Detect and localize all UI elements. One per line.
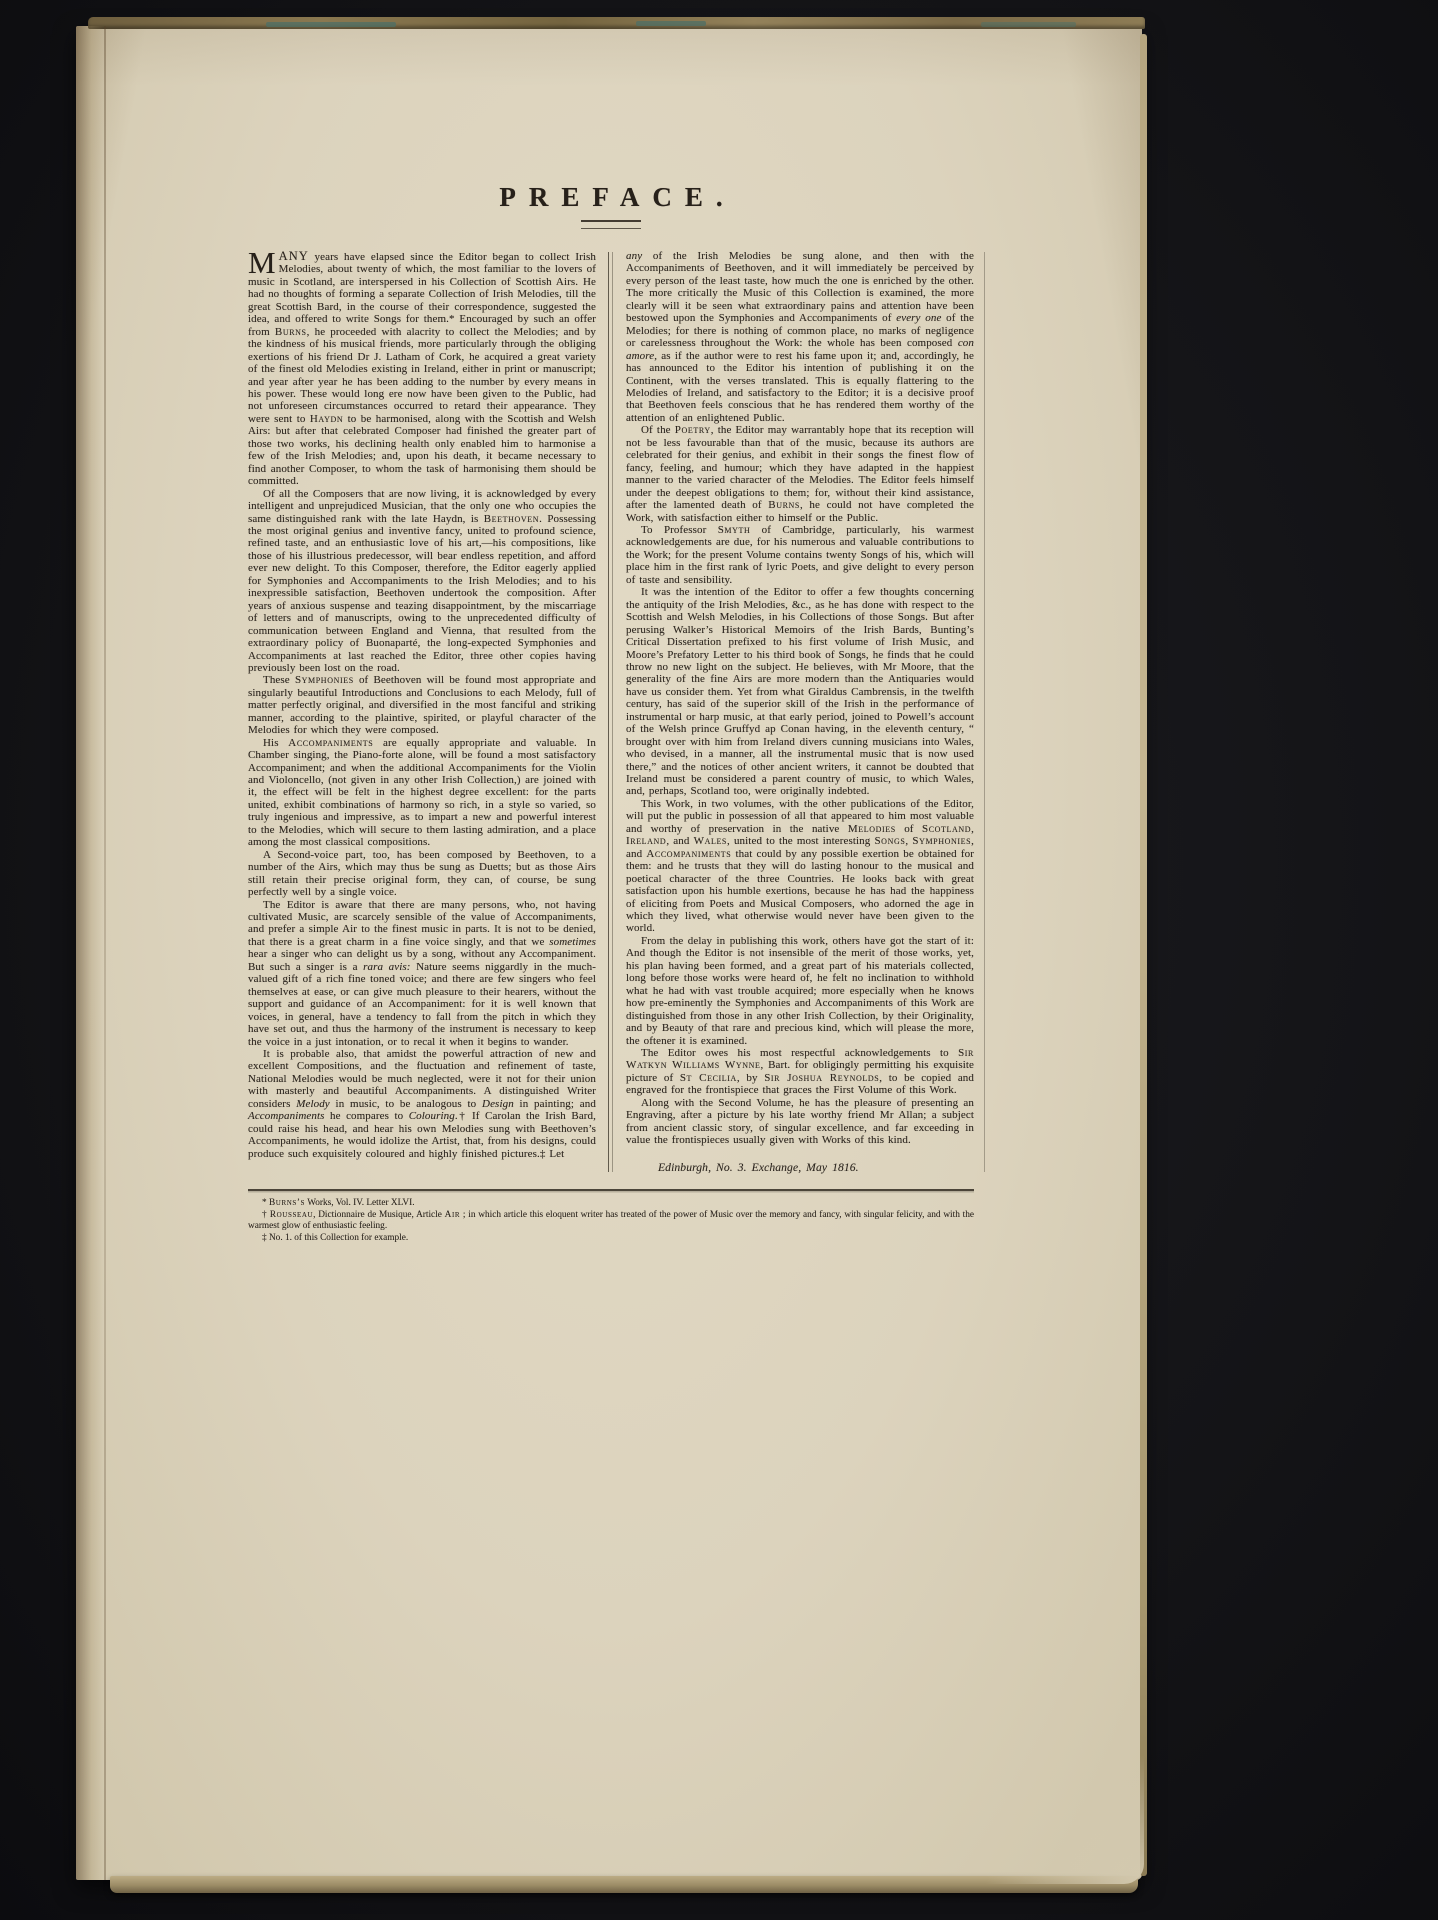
- text-segment: Burns: [768, 499, 800, 511]
- paragraph: The Editor owes his most respectful ackn…: [626, 1047, 974, 1097]
- paragraph: These Symphonies of Beethoven will be fo…: [248, 674, 596, 736]
- left-column: MANY years have elapsed since the Editor…: [248, 250, 596, 1174]
- text-segment: , the Editor may warrantably hope that i…: [626, 424, 974, 511]
- text-segment: he compares to: [325, 1110, 409, 1122]
- text-segment: in painting; and: [514, 1098, 596, 1110]
- text-segment: , and: [666, 835, 693, 847]
- text-columns: MANY years have elapsed since the Editor…: [248, 250, 974, 1174]
- drop-cap: M: [248, 250, 279, 275]
- text-segment: of: [896, 823, 922, 835]
- book-page: PREFACE. MANY years have elapsed since t…: [76, 26, 1142, 1880]
- text-segment: , united to the most interesting: [727, 835, 874, 847]
- footnote: * Burns’s Works, Vol. IV. Letter XLVI.: [248, 1198, 974, 1210]
- footnote: † Rousseau, Dictionnaire de Musique, Art…: [248, 1210, 974, 1233]
- text-segment: years have elapsed since the Editor bega…: [248, 251, 596, 338]
- text-segment: ,: [971, 823, 974, 835]
- text-segment: Melodies: [848, 823, 896, 835]
- text-segment: . Possessing the most original genius an…: [248, 513, 596, 674]
- text-segment: that could by any possible exertion be o…: [626, 848, 974, 935]
- text-segment: †: [262, 1210, 270, 1220]
- text-segment: Symphonies: [295, 674, 354, 686]
- text-segment: Accompaniments: [288, 737, 373, 749]
- marbled-edge: [981, 22, 1076, 27]
- paragraph: Along with the Second Volume, he has the…: [626, 1097, 974, 1147]
- text-segment: The Editor owes his most respectful ackn…: [641, 1047, 958, 1059]
- text-segment: Burns: [275, 326, 307, 338]
- paragraph: It is probable also, that amidst the pow…: [248, 1048, 596, 1160]
- book-spine-fold: [76, 26, 104, 1880]
- text-segment: Accompaniments: [646, 848, 731, 860]
- paragraph: Of the Poetry, the Editor may warrantabl…: [626, 424, 974, 524]
- text-segment: , by: [737, 1072, 764, 1084]
- text-segment: Symphonies: [912, 835, 971, 847]
- text-segment: Air: [445, 1210, 461, 1220]
- column-divider-rule: [608, 252, 613, 1172]
- text-segment: , Dictionnaire de Musique, Article: [313, 1210, 445, 1220]
- text-segment: Design: [482, 1098, 514, 1110]
- text-segment: *: [262, 1198, 269, 1208]
- paragraph: A Second-voice part, too, has been compo…: [248, 849, 596, 899]
- footnote: ‡ No. 1. of this Collection for example.: [248, 1233, 974, 1245]
- paragraph: To Professor Smyth of Cambridge, particu…: [626, 524, 974, 586]
- dateline: Edinburgh, No. 3. Exchange, May 1816.: [626, 1162, 974, 1174]
- text-segment: , as if the author were to rest his fame…: [626, 350, 974, 424]
- outer-margin-rule: [984, 252, 985, 1172]
- text-segment: Smyth: [718, 524, 751, 536]
- spine-crease: [104, 26, 106, 1880]
- text-segment: From the delay in publishing this work, …: [626, 935, 974, 1047]
- text-segment: every one: [896, 312, 941, 324]
- right-column: any of the Irish Melodies be sung alone,…: [626, 250, 974, 1174]
- printed-content: PREFACE. MANY years have elapsed since t…: [248, 26, 974, 1244]
- text-segment: in music, to be analogous to: [330, 1098, 482, 1110]
- paragraph: It was the intention of the Editor to of…: [626, 586, 974, 798]
- text-segment: It was the intention of the Editor to of…: [626, 586, 974, 797]
- footnotes: * Burns’s Works, Vol. IV. Letter XLVI.† …: [248, 1198, 974, 1244]
- footnote-rule: [248, 1189, 974, 1191]
- paragraph: Of all the Composers that are now living…: [248, 488, 596, 675]
- text-segment: St Cecilia: [680, 1072, 737, 1084]
- paragraph: This Work, in two volumes, with the othe…: [626, 798, 974, 935]
- text-segment: Burns’s: [269, 1198, 305, 1208]
- photograph-background: PREFACE. MANY years have elapsed since t…: [0, 0, 1438, 1920]
- text-segment: To Professor: [641, 524, 718, 536]
- paragraph: any of the Irish Melodies be sung alone,…: [626, 250, 974, 424]
- paragraph: MANY years have elapsed since the Editor…: [248, 250, 596, 488]
- text-segment: Of the: [641, 424, 675, 436]
- text-segment: His: [263, 737, 288, 749]
- text-segment: Beethoven: [484, 513, 539, 525]
- text-segment: are equally appropriate and valuable. In…: [248, 737, 596, 849]
- text-segment: sometimes: [549, 936, 596, 948]
- text-segment: Songs: [874, 835, 905, 847]
- text-segment: Poetry: [675, 424, 711, 436]
- text-segment: These: [263, 674, 295, 686]
- page-right-edge: [1140, 34, 1147, 1876]
- text-segment: Ireland: [626, 835, 666, 847]
- text-segment: Accompaniments: [248, 1110, 325, 1122]
- text-segment: Wales: [694, 835, 727, 847]
- text-segment: Along with the Second Volume, he has the…: [626, 1097, 974, 1146]
- title-rule: [581, 220, 641, 229]
- page-corner-curl: [984, 1754, 1144, 1884]
- text-segment: rara avis:: [363, 961, 410, 973]
- text-segment: The Editor is aware that there are many …: [248, 899, 596, 948]
- paragraph: His Accompaniments are equally appropria…: [248, 737, 596, 849]
- text-segment: Colouring: [409, 1110, 455, 1122]
- text-segment: Edinburgh, No. 3. Exchange, May 1816.: [658, 1161, 859, 1174]
- page-title: PREFACE.: [248, 182, 974, 213]
- text-segment: Sir Joshua Reynolds: [764, 1072, 879, 1084]
- text-segment: ANY: [279, 249, 309, 263]
- paragraph: From the delay in publishing this work, …: [626, 935, 974, 1047]
- text-segment: Haydn: [310, 413, 343, 425]
- text-segment: Melody: [296, 1098, 330, 1110]
- text-segment: Nature seems niggardly in the much-value…: [248, 961, 596, 1048]
- text-segment: Rousseau: [270, 1210, 313, 1220]
- text-segment: Works, Vol. IV. Letter XLVI.: [305, 1198, 415, 1208]
- paragraph: The Editor is aware that there are many …: [248, 899, 596, 1048]
- text-segment: A Second-voice part, too, has been compo…: [248, 849, 596, 898]
- text-segment: , he proceeded with alacrity to collect …: [248, 326, 596, 425]
- text-segment: ‡ No. 1. of this Collection for example.: [262, 1233, 408, 1243]
- text-segment: Scotland: [922, 823, 971, 835]
- text-segment: any: [626, 250, 642, 262]
